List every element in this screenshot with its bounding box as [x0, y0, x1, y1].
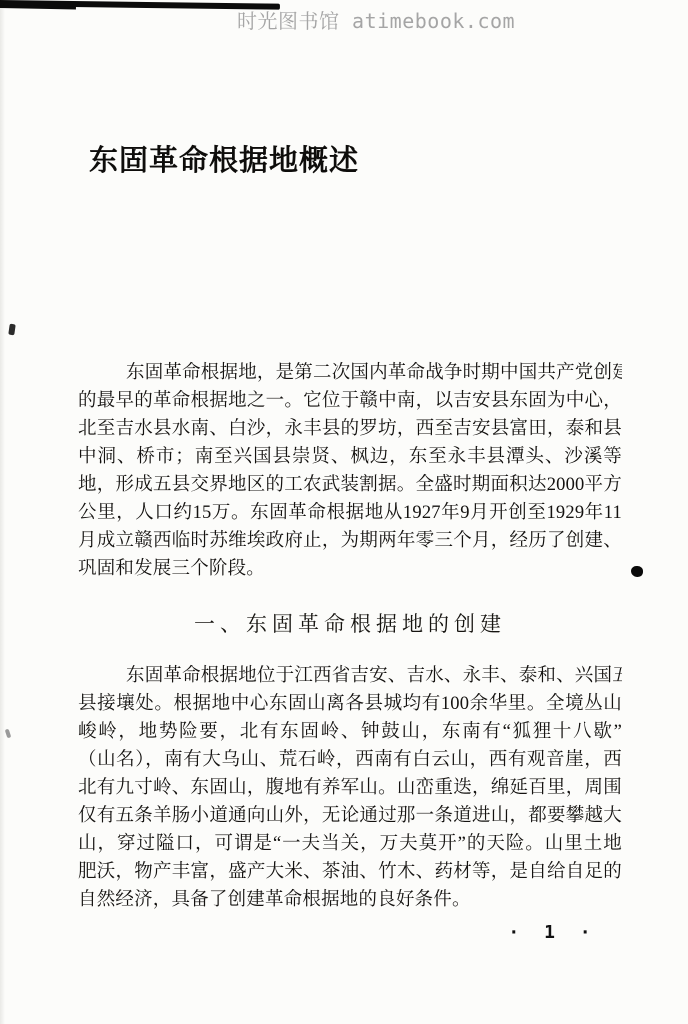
text-line: 峻岭，地势险要，北有东固岭、钟鼓山，东南有“狐狸十八歇”: [78, 718, 622, 746]
text-line: 北有九寸岭、东固山，腹地有养军山。山峦重迭，绵延百里，周围: [78, 774, 622, 802]
text-line: 县接壤处。根据地中心东固山离各县城均有100余华里。全境丛山: [78, 690, 622, 718]
text-line: 巩固和发展三个阶段。: [78, 555, 622, 583]
ink-speck-artifact: [5, 729, 12, 739]
page-number: · 1 ·: [498, 922, 608, 943]
scan-left-edge-shade: [0, 0, 5, 1024]
paragraph-1: 东固革命根据地，是第二次国内革命战争时期中国共产党创建的最早的革命根据地之一。它…: [78, 359, 622, 583]
scan-artifact-line-thick: [0, 5, 76, 9]
text-line: 自然经济，具备了创建革命根据地的良好条件。: [78, 886, 622, 914]
text-line: 仅有五条羊肠小道通向山外，无论通过那一条道进山，都要攀越大: [78, 802, 622, 830]
text-line: （山名），南有大乌山、荒石岭，西南有白云山，西有观音崖，西: [78, 746, 622, 774]
paragraph-2: 东固革命根据地位于江西省吉安、吉水、永丰、泰和、兴国五县接壤处。根据地中心东固山…: [78, 662, 622, 914]
page-title: 东固革命根据地概述: [89, 138, 359, 179]
section-heading: 一、东固革命根据地的创建: [78, 608, 622, 638]
text-line: 的最早的革命根据地之一。它位于赣中南，以吉安县东固为中心，: [78, 387, 622, 415]
watermark-text: 时光图书馆 atimebook.com: [237, 5, 515, 34]
text-line: 山，穿过隘口，可谓是“一夫当关，万夫莫开”的天险。山里土地: [78, 830, 622, 858]
text-line: 东固革命根据地，是第二次国内革命战争时期中国共产党创建: [78, 359, 622, 387]
text-line: 东固革命根据地位于江西省吉安、吉水、永丰、泰和、兴国五: [78, 662, 622, 690]
ink-speck-artifact: [8, 324, 15, 336]
book-page: 时光图书馆 atimebook.com 东固革命根据地概述 东固革命根据地，是第…: [0, 0, 688, 1024]
text-line: 地，形成五县交界地区的工农武装割据。全盛时期面积达2000平方: [78, 471, 622, 499]
text-line: 中洞、桥市；南至兴国县崇贤、枫边，东至永丰县潭头、沙溪等: [78, 443, 622, 471]
text-line: 北至吉水县水南、白沙，永丰县的罗坊，西至吉安县富田，泰和县: [78, 415, 622, 443]
text-line: 肥沃，物产丰富，盛产大米、茶油、竹木、药材等，是自给自足的: [78, 858, 622, 886]
ink-dot-artifact: [631, 566, 643, 577]
text-line: 公里，人口约15万。东固革命根据地从1927年9月开创至1929年11: [78, 499, 622, 527]
text-line: 月成立赣西临时苏维埃政府止，为期两年零三个月，经历了创建、: [78, 527, 622, 555]
